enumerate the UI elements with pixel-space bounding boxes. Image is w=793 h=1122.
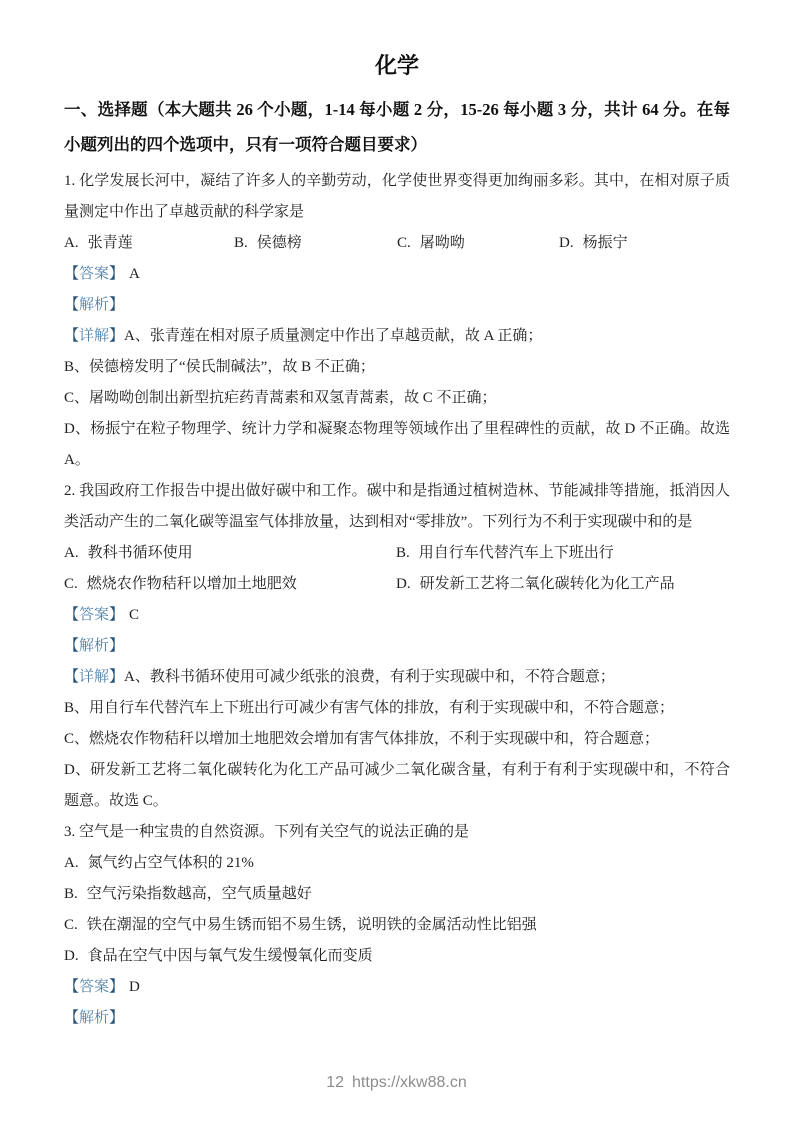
option-text: 用自行车代替汽车上下班出行 <box>419 545 614 561</box>
analysis-line: 【解析】 <box>64 1003 730 1034</box>
options-row: A.张青莲 B.侯德榜 C.屠呦呦 D.杨振宁 <box>64 228 730 259</box>
option-text: 屠呦呦 <box>420 235 465 251</box>
option-a: A.教科书循环使用 <box>64 538 396 569</box>
option-label: D. <box>64 948 79 964</box>
page-footer: 12https://xkw88.cn <box>0 1074 793 1092</box>
analysis-label: 解析 <box>79 297 109 313</box>
option-label: A. <box>64 545 79 561</box>
answer-value: D <box>129 979 140 995</box>
left-bracket: 【 <box>64 638 79 654</box>
option-d: D.研发新工艺将二氧化碳转化为化工产品 <box>396 569 730 600</box>
left-bracket: 【 <box>64 979 79 995</box>
section-header: 一、选择题（本大题共 26 个小题，1-14 每小题 2 分，15-26 每小题… <box>64 92 730 162</box>
left-bracket: 【 <box>64 1010 79 1026</box>
right-bracket: 】 <box>109 1010 124 1026</box>
right-bracket: 】 <box>109 297 124 313</box>
detail-line: D、研发新工艺将二氧化碳转化为化工产品可减少二氧化碳含量，有利于有利于实现碳中和… <box>64 755 730 817</box>
answer-value: C <box>129 607 139 623</box>
question-3: 3. 空气是一种宝贵的自然资源。下列有关空气的说法正确的是 A.氮气约占空气体积… <box>64 817 730 1034</box>
option-text: 杨振宁 <box>583 235 628 251</box>
answer-line: 【答案】D <box>64 972 730 1003</box>
left-bracket: 【 <box>64 266 79 282</box>
question-stem: 1. 化学发展长河中，凝结了许多人的辛勤劳动，化学使世界变得更加绚丽多彩。其中，… <box>64 166 730 228</box>
right-bracket: 】 <box>109 638 124 654</box>
option-label: A. <box>64 235 79 251</box>
footer-page-number: 12 <box>326 1074 344 1091</box>
option-text: 教科书循环使用 <box>88 545 193 561</box>
option-b: B.空气污染指数越高，空气质量越好 <box>64 879 730 910</box>
options-grid: A.教科书循环使用 B.用自行车代替汽车上下班出行 C.燃烧农作物秸秆以增加土地… <box>64 538 730 600</box>
option-label: D. <box>559 235 574 251</box>
option-a: A.氮气约占空气体积的 21% <box>64 848 730 879</box>
option-d: D.食品在空气中因与氧气发生缓慢氧化而变质 <box>64 941 730 972</box>
detail-line: B、侯德榜发明了“侯氏制碱法”，故 B 不正确； <box>64 352 730 383</box>
option-label: B. <box>234 235 248 251</box>
page-title: 化学 <box>64 50 730 82</box>
detail-label: 详解 <box>79 328 109 344</box>
left-bracket: 【 <box>64 607 79 623</box>
answer-line: 【答案】C <box>64 600 730 631</box>
detail-text: A、教科书循环使用可减少纸张的浪费，有利于实现碳中和，不符合题意； <box>124 669 615 685</box>
left-bracket: 【 <box>64 328 79 344</box>
footer-url: https://xkw88.cn <box>352 1074 467 1091</box>
option-label: A. <box>64 855 79 871</box>
detail-label: 详解 <box>79 669 109 685</box>
analysis-label: 解析 <box>79 638 109 654</box>
answer-value: A <box>129 266 140 282</box>
detail-line: C、屠呦呦创制出新型抗疟药青蒿素和双氢青蒿素，故 C 不正确； <box>64 383 730 414</box>
detail-line: C、燃烧农作物秸秆以增加土地肥效会增加有害气体排放，不利于实现碳中和，符合题意； <box>64 724 730 755</box>
option-text: 铁在潮湿的空气中易生锈而铝不易生锈，说明铁的金属活动性比铝强 <box>87 917 537 933</box>
page-content: 化学 一、选择题（本大题共 26 个小题，1-14 每小题 2 分，15-26 … <box>0 0 793 1034</box>
exam-page: 化学 一、选择题（本大题共 26 个小题，1-14 每小题 2 分，15-26 … <box>0 0 793 1122</box>
option-label: D. <box>396 576 411 592</box>
option-c: C.燃烧农作物秸秆以增加土地肥效 <box>64 569 396 600</box>
option-label: B. <box>396 545 410 561</box>
question-1: 1. 化学发展长河中，凝结了许多人的辛勤劳动，化学使世界变得更加绚丽多彩。其中，… <box>64 166 730 476</box>
right-bracket: 】 <box>109 266 124 282</box>
detail-line: 【详解】A、教科书循环使用可减少纸张的浪费，有利于实现碳中和，不符合题意； <box>64 662 730 693</box>
right-bracket: 】 <box>109 669 124 685</box>
analysis-line: 【解析】 <box>64 290 730 321</box>
detail-text: A、张青莲在相对原子质量测定中作出了卓越贡献，故 A 正确； <box>124 328 542 344</box>
option-b: B.侯德榜 <box>234 228 397 259</box>
option-text: 研发新工艺将二氧化碳转化为化工产品 <box>420 576 675 592</box>
option-text: 张青莲 <box>88 235 133 251</box>
detail-line: B、用自行车代替汽车上下班出行可减少有害气体的排放，有利于实现碳中和，不符合题意… <box>64 693 730 724</box>
option-d: D.杨振宁 <box>559 228 730 259</box>
answer-label: 答案 <box>79 607 109 623</box>
analysis-label: 解析 <box>79 1010 109 1026</box>
option-c: C.铁在潮湿的空气中易生锈而铝不易生锈，说明铁的金属活动性比铝强 <box>64 910 730 941</box>
detail-line: D、杨振宁在粒子物理学、统计力学和凝聚态物理等领域作出了里程碑性的贡献，故 D … <box>64 414 730 476</box>
question-stem: 2. 我国政府工作报告中提出做好碳中和工作。碳中和是指通过植树造林、节能减排等措… <box>64 476 730 538</box>
option-label: C. <box>64 576 78 592</box>
option-text: 氮气约占空气体积的 21% <box>88 855 254 871</box>
option-text: 燃烧农作物秸秆以增加土地肥效 <box>87 576 297 592</box>
option-a: A.张青莲 <box>64 228 234 259</box>
question-2: 2. 我国政府工作报告中提出做好碳中和工作。碳中和是指通过植树造林、节能减排等措… <box>64 476 730 817</box>
right-bracket: 】 <box>109 607 124 623</box>
option-label: C. <box>64 917 78 933</box>
option-label: C. <box>397 235 411 251</box>
option-text: 侯德榜 <box>257 235 302 251</box>
option-text: 空气污染指数越高，空气质量越好 <box>87 886 312 902</box>
option-label: B. <box>64 886 78 902</box>
left-bracket: 【 <box>64 297 79 313</box>
answer-line: 【答案】A <box>64 259 730 290</box>
option-c: C.屠呦呦 <box>397 228 559 259</box>
question-stem: 3. 空气是一种宝贵的自然资源。下列有关空气的说法正确的是 <box>64 817 730 848</box>
analysis-line: 【解析】 <box>64 631 730 662</box>
right-bracket: 】 <box>109 979 124 995</box>
left-bracket: 【 <box>64 669 79 685</box>
option-text: 食品在空气中因与氧气发生缓慢氧化而变质 <box>88 948 373 964</box>
answer-label: 答案 <box>79 266 109 282</box>
detail-line: 【详解】A、张青莲在相对原子质量测定中作出了卓越贡献，故 A 正确； <box>64 321 730 352</box>
right-bracket: 】 <box>109 328 124 344</box>
answer-label: 答案 <box>79 979 109 995</box>
option-b: B.用自行车代替汽车上下班出行 <box>396 538 730 569</box>
